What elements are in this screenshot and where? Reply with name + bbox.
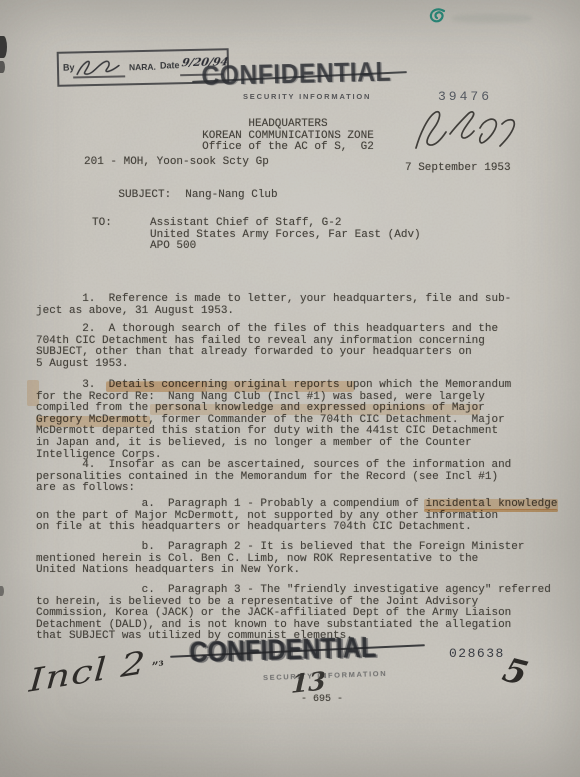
subject-value: Nang-Nang Club bbox=[171, 189, 277, 201]
doc-number-bottom: 028638 bbox=[449, 646, 505, 661]
faint-stamp-smudge bbox=[452, 14, 532, 23]
paragraph-4: 4. Insofar as can be ascertained, source… bbox=[36, 460, 511, 495]
paragraph-1: 1. Reference is made to letter, your hea… bbox=[36, 294, 511, 317]
to-label: TO: bbox=[92, 218, 112, 230]
to-address: Assistant Chief of Staff, G-2 United Sta… bbox=[150, 218, 421, 253]
paragraph-4a: a. Paragraph 1 - Probably a compendium o… bbox=[36, 499, 558, 534]
incl-note: Incl 2 bbox=[28, 644, 147, 699]
nara-by-label: By bbox=[63, 62, 75, 72]
hq-header-block: HEADQUARTERS KOREAN COMMUNICATIONS ZONE … bbox=[146, 119, 430, 154]
nara-date-label: Date bbox=[160, 60, 180, 70]
page-number: - 695 - bbox=[301, 694, 343, 706]
doc-number-top: 39476 bbox=[438, 89, 492, 104]
edge-artifact bbox=[0, 586, 4, 596]
subject-line: SUBJECT:Nang-Nang Club bbox=[92, 178, 278, 213]
date-line: 7 September 1953 bbox=[405, 163, 511, 175]
paragraph-2: 2. A thorough search of the files of thi… bbox=[36, 324, 498, 370]
file-reference-line: 201 - MOH, Yoon-sook Scty Gp bbox=[84, 157, 269, 169]
green-swirl-mark bbox=[427, 7, 449, 25]
nara-org-label: NARA. bbox=[129, 62, 156, 73]
incl-note-marks: ”³ bbox=[151, 658, 165, 674]
security-info-top: SECURITY INFORMATION bbox=[243, 92, 371, 101]
paragraph-3: 3. Details concerning original reports u… bbox=[36, 380, 511, 461]
edge-artifact bbox=[0, 61, 5, 73]
edge-artifact bbox=[0, 36, 7, 58]
paragraph-4b: b. Paragraph 2 - It is believed that the… bbox=[36, 542, 524, 577]
subject-label: SUBJECT: bbox=[118, 189, 171, 201]
scanned-document-page: By NARA. Date 9/20/94 CONFIDENTIAL SECUR… bbox=[0, 0, 580, 777]
